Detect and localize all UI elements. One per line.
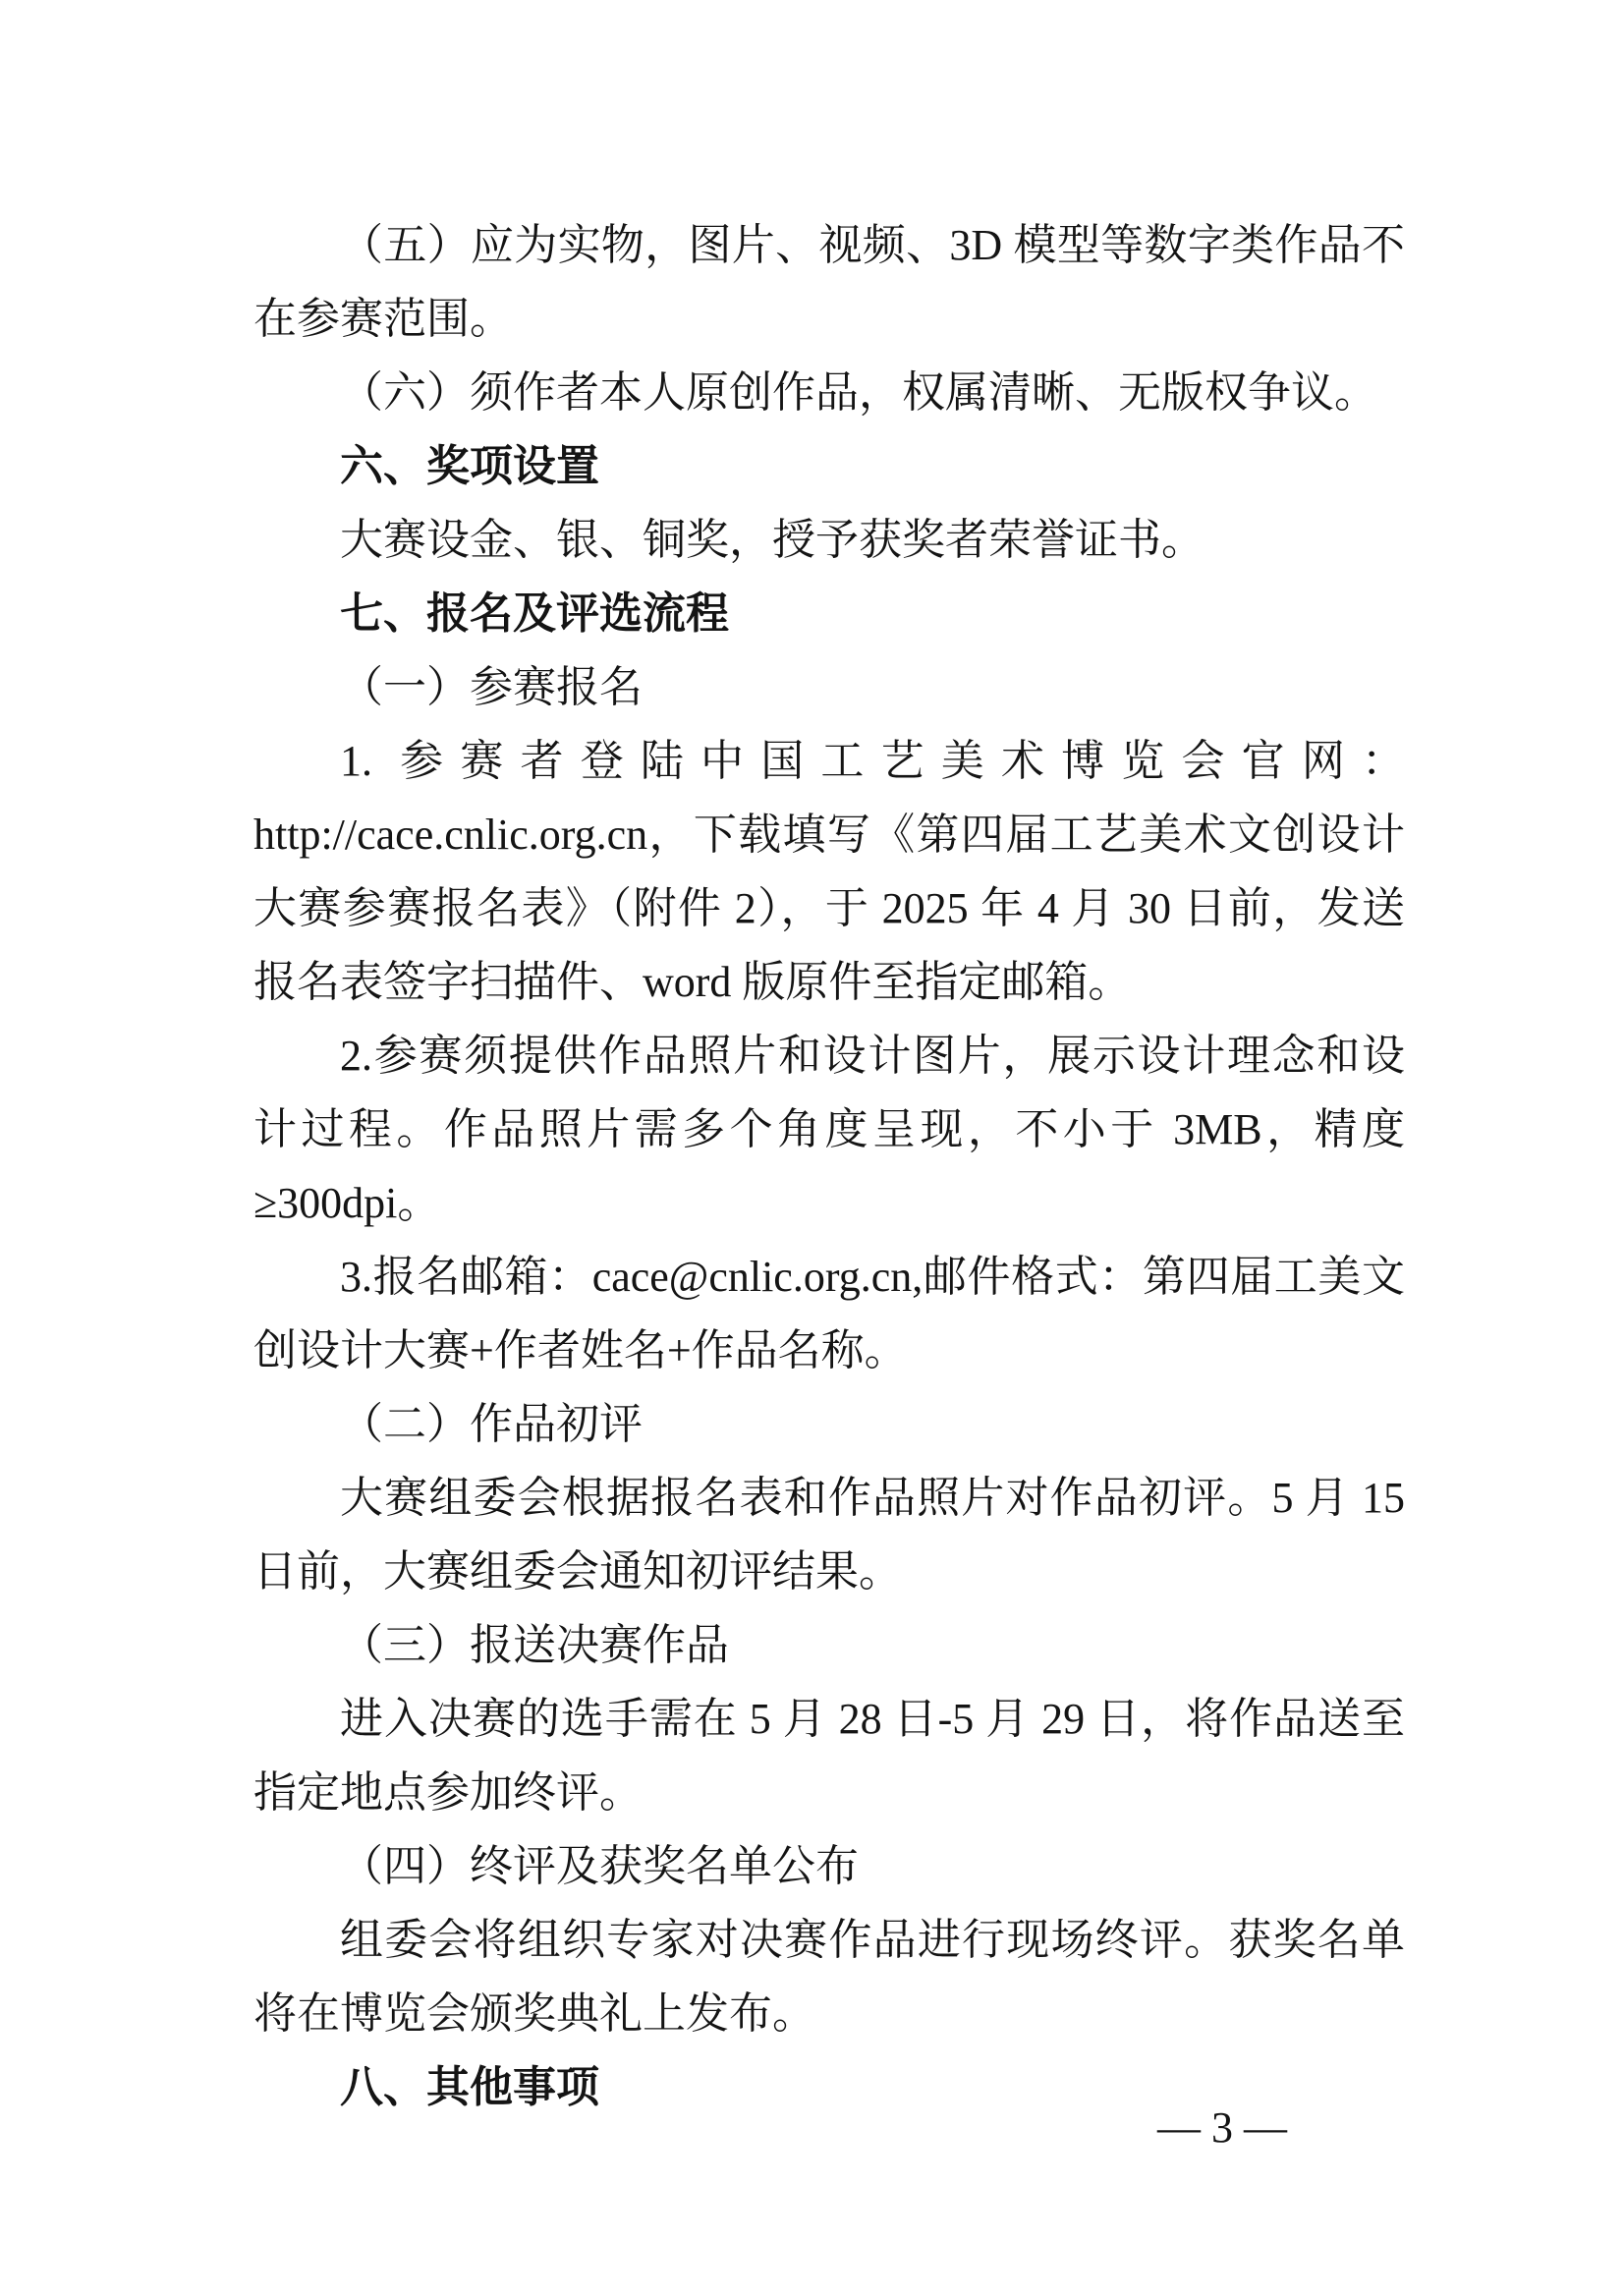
subsection-final-review-title: （四）终评及获奖名单公布	[253, 1829, 1405, 1903]
final-review-description: 组委会将组织专家对决赛作品进行现场终评。获奖名单将在博览会颁奖典礼上发布。	[253, 1903, 1405, 2050]
registration-step-2: 2.参赛须提供作品照片和设计图片，展示设计理念和设计过程。作品照片需多个角度呈现…	[253, 1019, 1405, 1240]
page-number: — 3 —	[1157, 2091, 1287, 2164]
subsection-registration-title: （一）参赛报名	[253, 650, 1405, 724]
subsection-preliminary-title: （二）作品初评	[253, 1387, 1405, 1461]
section-heading-registration: 七、报名及评选流程	[253, 577, 1405, 650]
final-submit-description: 进入决赛的选手需在 5 月 28 日-5 月 29 日，将作品送至指定地点参加终…	[253, 1682, 1405, 1829]
section-heading-awards: 六、奖项设置	[253, 429, 1405, 503]
subsection-final-submit-title: （三）报送决赛作品	[253, 1608, 1405, 1682]
registration-step-1: 1. 参赛者登陆中国工艺美术博览会官网：http://cace.cnlic.or…	[253, 724, 1405, 1019]
scanned-document-page: （五）应为实物，图片、视频、3D 模型等数字类作品不在参赛范围。 （六）须作者本…	[0, 0, 1624, 2296]
document-body: （五）应为实物，图片、视频、3D 模型等数字类作品不在参赛范围。 （六）须作者本…	[253, 208, 1405, 2124]
registration-step-3: 3.报名邮箱：cace@cnlic.org.cn,邮件格式：第四届工美文创设计大…	[253, 1240, 1405, 1387]
preliminary-description: 大赛组委会根据报名表和作品照片对作品初评。5 月 15 日前，大赛组委会通知初评…	[253, 1461, 1405, 1608]
clause-5-physical-works: （五）应为实物，图片、视频、3D 模型等数字类作品不在参赛范围。	[253, 208, 1405, 356]
clause-6-original-works: （六）须作者本人原创作品，权属清晰、无版权争议。	[253, 356, 1405, 429]
awards-description: 大赛设金、银、铜奖，授予获奖者荣誉证书。	[253, 503, 1405, 577]
